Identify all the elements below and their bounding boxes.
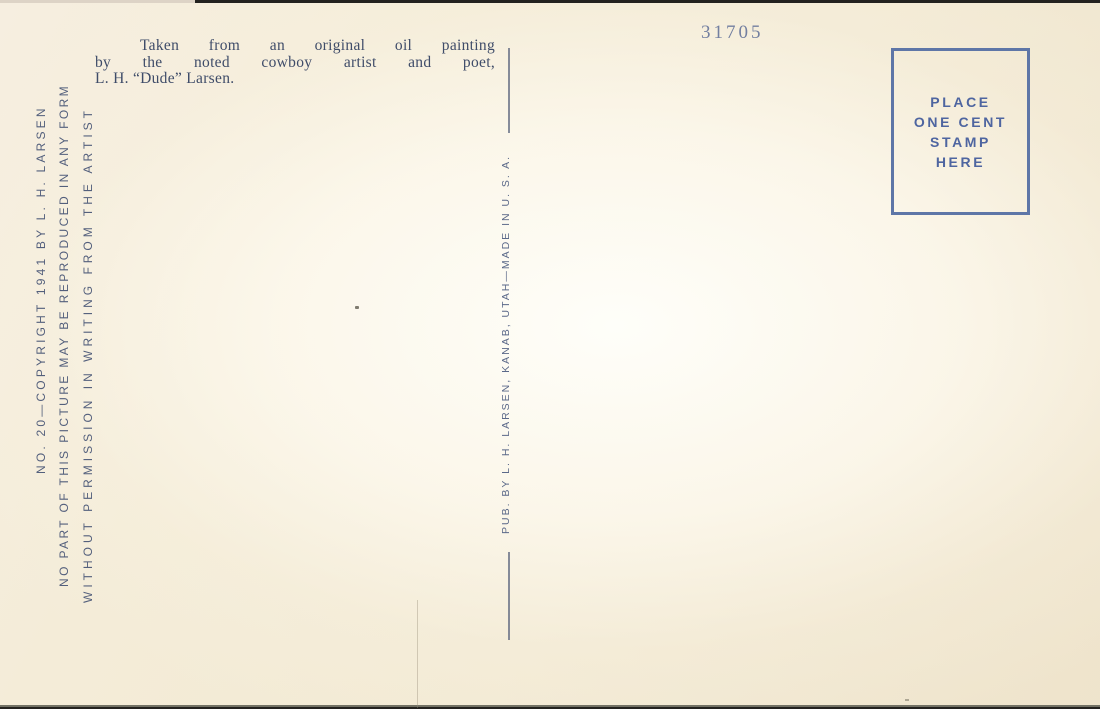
stamp-box-line-2: ONE CENT <box>914 115 1007 129</box>
publisher-line-vertical: PUB. BY L. H. LARSEN, KANAB, UTAH—MADE I… <box>500 138 516 550</box>
paper-crease <box>417 600 418 708</box>
center-divider-bottom-segment <box>508 552 510 640</box>
stamp-box-line-4: HERE <box>936 155 985 169</box>
reproduction-notice-line-1-vertical: NO PART OF THIS PICTURE MAY BE REPRODUCE… <box>57 80 71 590</box>
postcard-scan: Taken from an original oil painting by t… <box>0 0 1100 709</box>
intro-line-1: Taken from an original oil painting <box>95 38 495 55</box>
reproduction-notice-line-2-vertical: WITHOUT PERMISSION IN WRITING FROM THE A… <box>81 103 95 606</box>
paper-speck <box>355 306 359 309</box>
copyright-line-vertical: NO. 20—COPYRIGHT 1941 BY L. H. LARSEN <box>34 96 48 483</box>
card-top-edge-highlight <box>0 0 195 3</box>
stamp-box: PLACE ONE CENT STAMP HERE <box>891 48 1030 215</box>
stamp-box-line-1: PLACE <box>930 95 990 109</box>
paper-speck <box>905 699 909 701</box>
stamp-box-line-3: STAMP <box>930 135 991 149</box>
intro-line-2: by the noted cowboy artist and poet, <box>95 55 495 72</box>
card-bottom-edge <box>0 705 1100 707</box>
postcard-back: Taken from an original oil painting by t… <box>0 3 1100 705</box>
intro-line-3: L. H. “Dude” Larsen. <box>95 71 495 88</box>
center-divider-top-segment <box>508 48 510 133</box>
serial-number: 31705 <box>701 22 764 44</box>
intro-paragraph: Taken from an original oil painting by t… <box>95 38 495 88</box>
